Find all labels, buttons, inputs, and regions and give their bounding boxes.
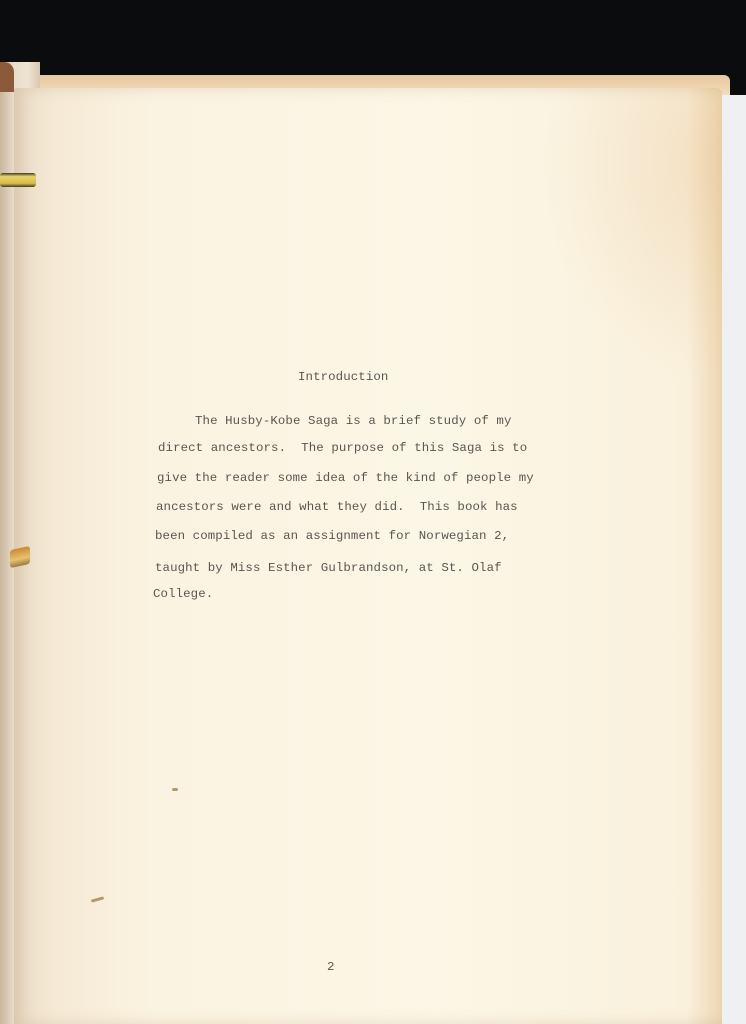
page-number: 2 (327, 960, 335, 974)
paragraph-line: ancestors were and what they did. This b… (156, 500, 518, 514)
paragraph-line: taught by Miss Esther Gulbrandson, at St… (155, 561, 502, 575)
page-title: Introduction (298, 370, 388, 384)
paragraph-line: The Husby-Kobe Saga is a brief study of … (195, 414, 512, 428)
paragraph-line: give the reader some idea of the kind of… (157, 471, 534, 485)
typewritten-text: Introduction The Husby-Kobe Saga is a br… (0, 0, 746, 1024)
paragraph-line: direct ancestors. The purpose of this Sa… (158, 441, 527, 455)
paragraph-line: College. (153, 587, 213, 601)
paragraph-line: been compiled as an assignment for Norwe… (155, 529, 509, 543)
